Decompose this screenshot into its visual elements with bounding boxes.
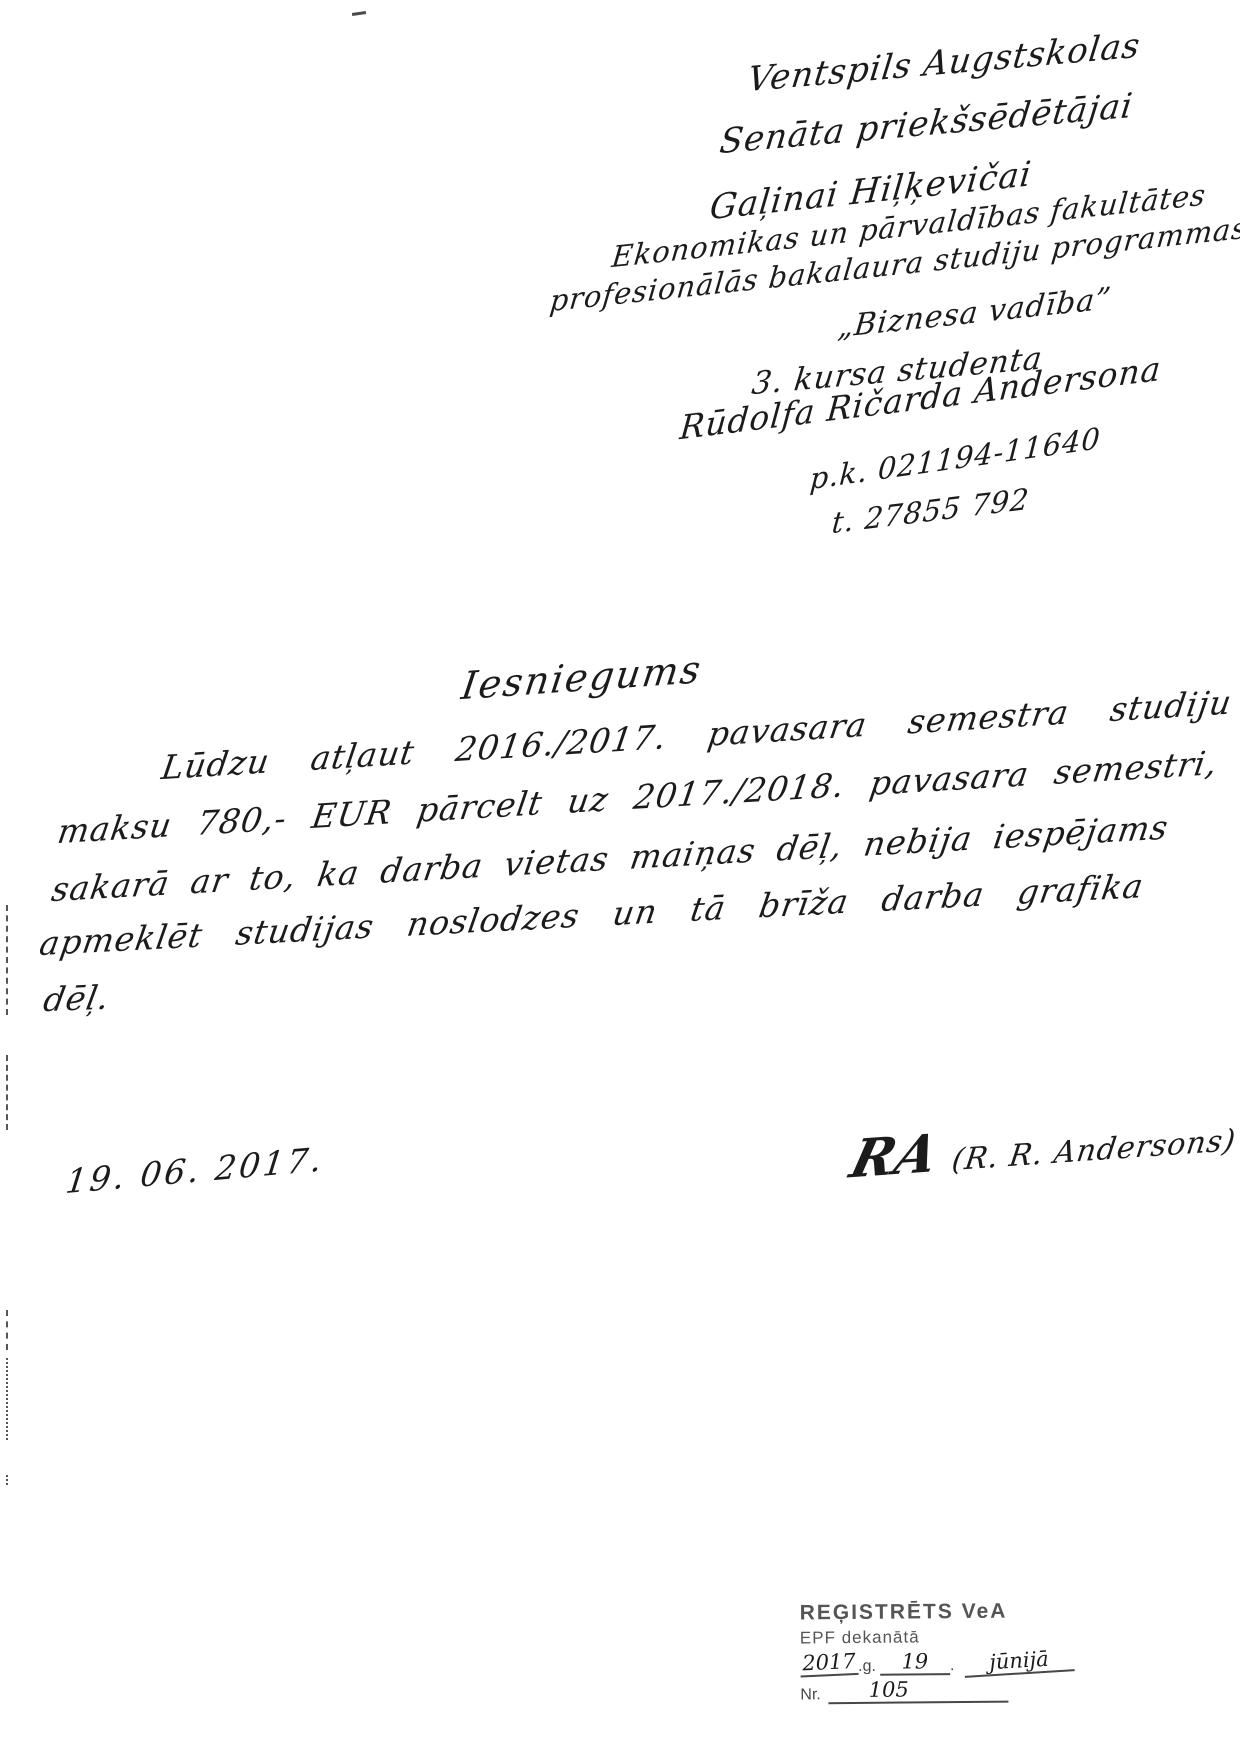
recipient-line-position: Senāta priekšsēdētājai	[718, 86, 1134, 162]
scan-artifact-dotted-line	[6, 1358, 8, 1440]
signature: RA(R. R. Andersons)	[850, 1107, 1236, 1186]
scan-artifact-dotted-line	[6, 1310, 8, 1350]
stamp-day-value: 19	[880, 1651, 950, 1676]
stamp-month-value: jūnijā	[964, 1647, 1075, 1678]
body-line: dēļ.	[43, 978, 110, 1019]
stamp-date-line: 2017.g.19.jūnijā	[800, 1650, 1130, 1677]
stamp-dot: .	[950, 1657, 955, 1675]
document-date: 19. 06. 2017.	[64, 1139, 326, 1200]
stamp-year-value: 2017	[800, 1651, 859, 1678]
signature-initials: RA	[845, 1128, 944, 1187]
stamp-nr-value: 105	[829, 1679, 949, 1704]
stamp-year-label: .g.	[858, 1658, 876, 1676]
sender-line-phone: t. 27855 792	[830, 482, 1032, 540]
scanned-document-page: Ventspils Augstskolas Senāta priekšsēdēt…	[0, 0, 1240, 1754]
scan-artifact-dotted-line	[6, 1055, 8, 1130]
stamp-nr-label: Nr.	[800, 1686, 821, 1704]
scan-artifact-dotted-line	[6, 1475, 8, 1485]
document-title: Iesniegums	[460, 647, 703, 708]
stamp-nr-line-tail	[949, 1689, 1009, 1704]
scan-artifact-dotted-line	[6, 905, 8, 1015]
recipient-line-institution: Ventspils Augstskolas	[746, 26, 1142, 100]
scan-artifact-dash	[352, 11, 366, 16]
sender-line-personal-code: p.k. 021194-11640	[808, 421, 1103, 496]
sender-line-programme-name: „Biznesa vadība”	[836, 281, 1113, 345]
registration-stamp: REĢISTRĒTS VeA EPF dekanātā 2017.g.19.jū…	[800, 1599, 1131, 1705]
stamp-title: REĢISTRĒTS VeA	[800, 1599, 1130, 1626]
stamp-number-line: Nr.105	[800, 1678, 1130, 1705]
signature-name: (R. R. Andersons)	[949, 1123, 1237, 1178]
stamp-subtitle: EPF dekanātā	[800, 1626, 1130, 1649]
